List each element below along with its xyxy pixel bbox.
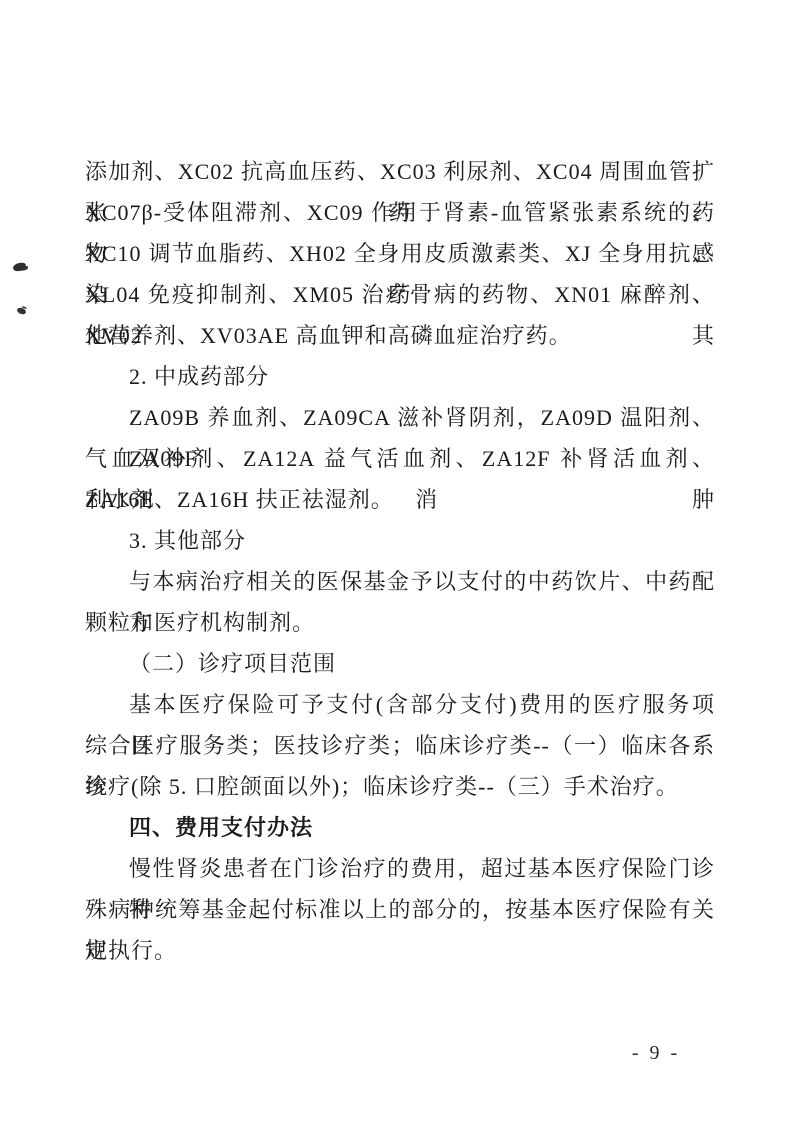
body-line: 添加剂、XC02 抗高血压药、XC03 利尿剂、XC04 周围血管扩张药、 (85, 151, 715, 192)
subheading-chinese-patent-medicine: 2. 中成药部分 (85, 356, 715, 397)
body-line: 诊疗(除 5. 口腔颌面以外)；临床诊疗类--（三）手术治疗。 (85, 766, 715, 807)
body-line: XC10 调节血脂药、XH02 全身用皮质激素类、XJ 全身用抗感染药、 (85, 233, 715, 274)
body-line: ZA09B 养血剂、ZA09CA 滋补肾阴剂，ZA09D 温阳剂、ZA09F (85, 397, 715, 438)
body-line: 慢性肾炎患者在门诊治疗的费用，超过基本医疗保险门诊特 (85, 848, 715, 889)
body-line: XL04 免疫抑制剂、XM05 治疗骨病的药物、XN01 麻醉剂、XV02 其 (85, 274, 715, 315)
document-page: 添加剂、XC02 抗高血压药、XC03 利尿剂、XC04 周围血管扩张药、 XC… (0, 0, 794, 1123)
body-line: XC07β-受体阻滞剂、XC09 作用于肾素-血管紧张素系统的药物、 (85, 192, 715, 233)
body-line: 气血双补剂、ZA12A 益气活血剂、ZA12F 补肾活血剂、ZA16E 消肿 (85, 438, 715, 479)
body-line: 定执行。 (85, 930, 715, 971)
page-number: - 9 - (608, 1042, 704, 1065)
body-line: 殊病种统筹基金起付标准以上的部分的，按基本医疗保险有关规 (85, 889, 715, 930)
body-line: 与本病治疗相关的医保基金予以支付的中药饮片、中药配方 (85, 561, 715, 602)
ink-smudge-icon (13, 262, 27, 272)
body-line: 基本医疗保险可予支付(含部分支付)费用的医疗服务项目： (85, 684, 715, 725)
body-line: 颗粒和医疗机构制剂。 (85, 602, 715, 643)
subheading-other-part: 3. 其他部分 (85, 520, 715, 561)
document-body: 添加剂、XC02 抗高血压药、XC03 利尿剂、XC04 周围血管扩张药、 XC… (85, 151, 715, 971)
subheading-treatment-item-scope: （二）诊疗项目范围 (85, 643, 715, 684)
ink-smudge-icon (16, 307, 26, 315)
section-heading-fee-payment: 四、费用支付办法 (85, 807, 715, 848)
body-line: 综合医疗服务类；医技诊疗类；临床诊疗类--（一）临床各系统 (85, 725, 715, 766)
